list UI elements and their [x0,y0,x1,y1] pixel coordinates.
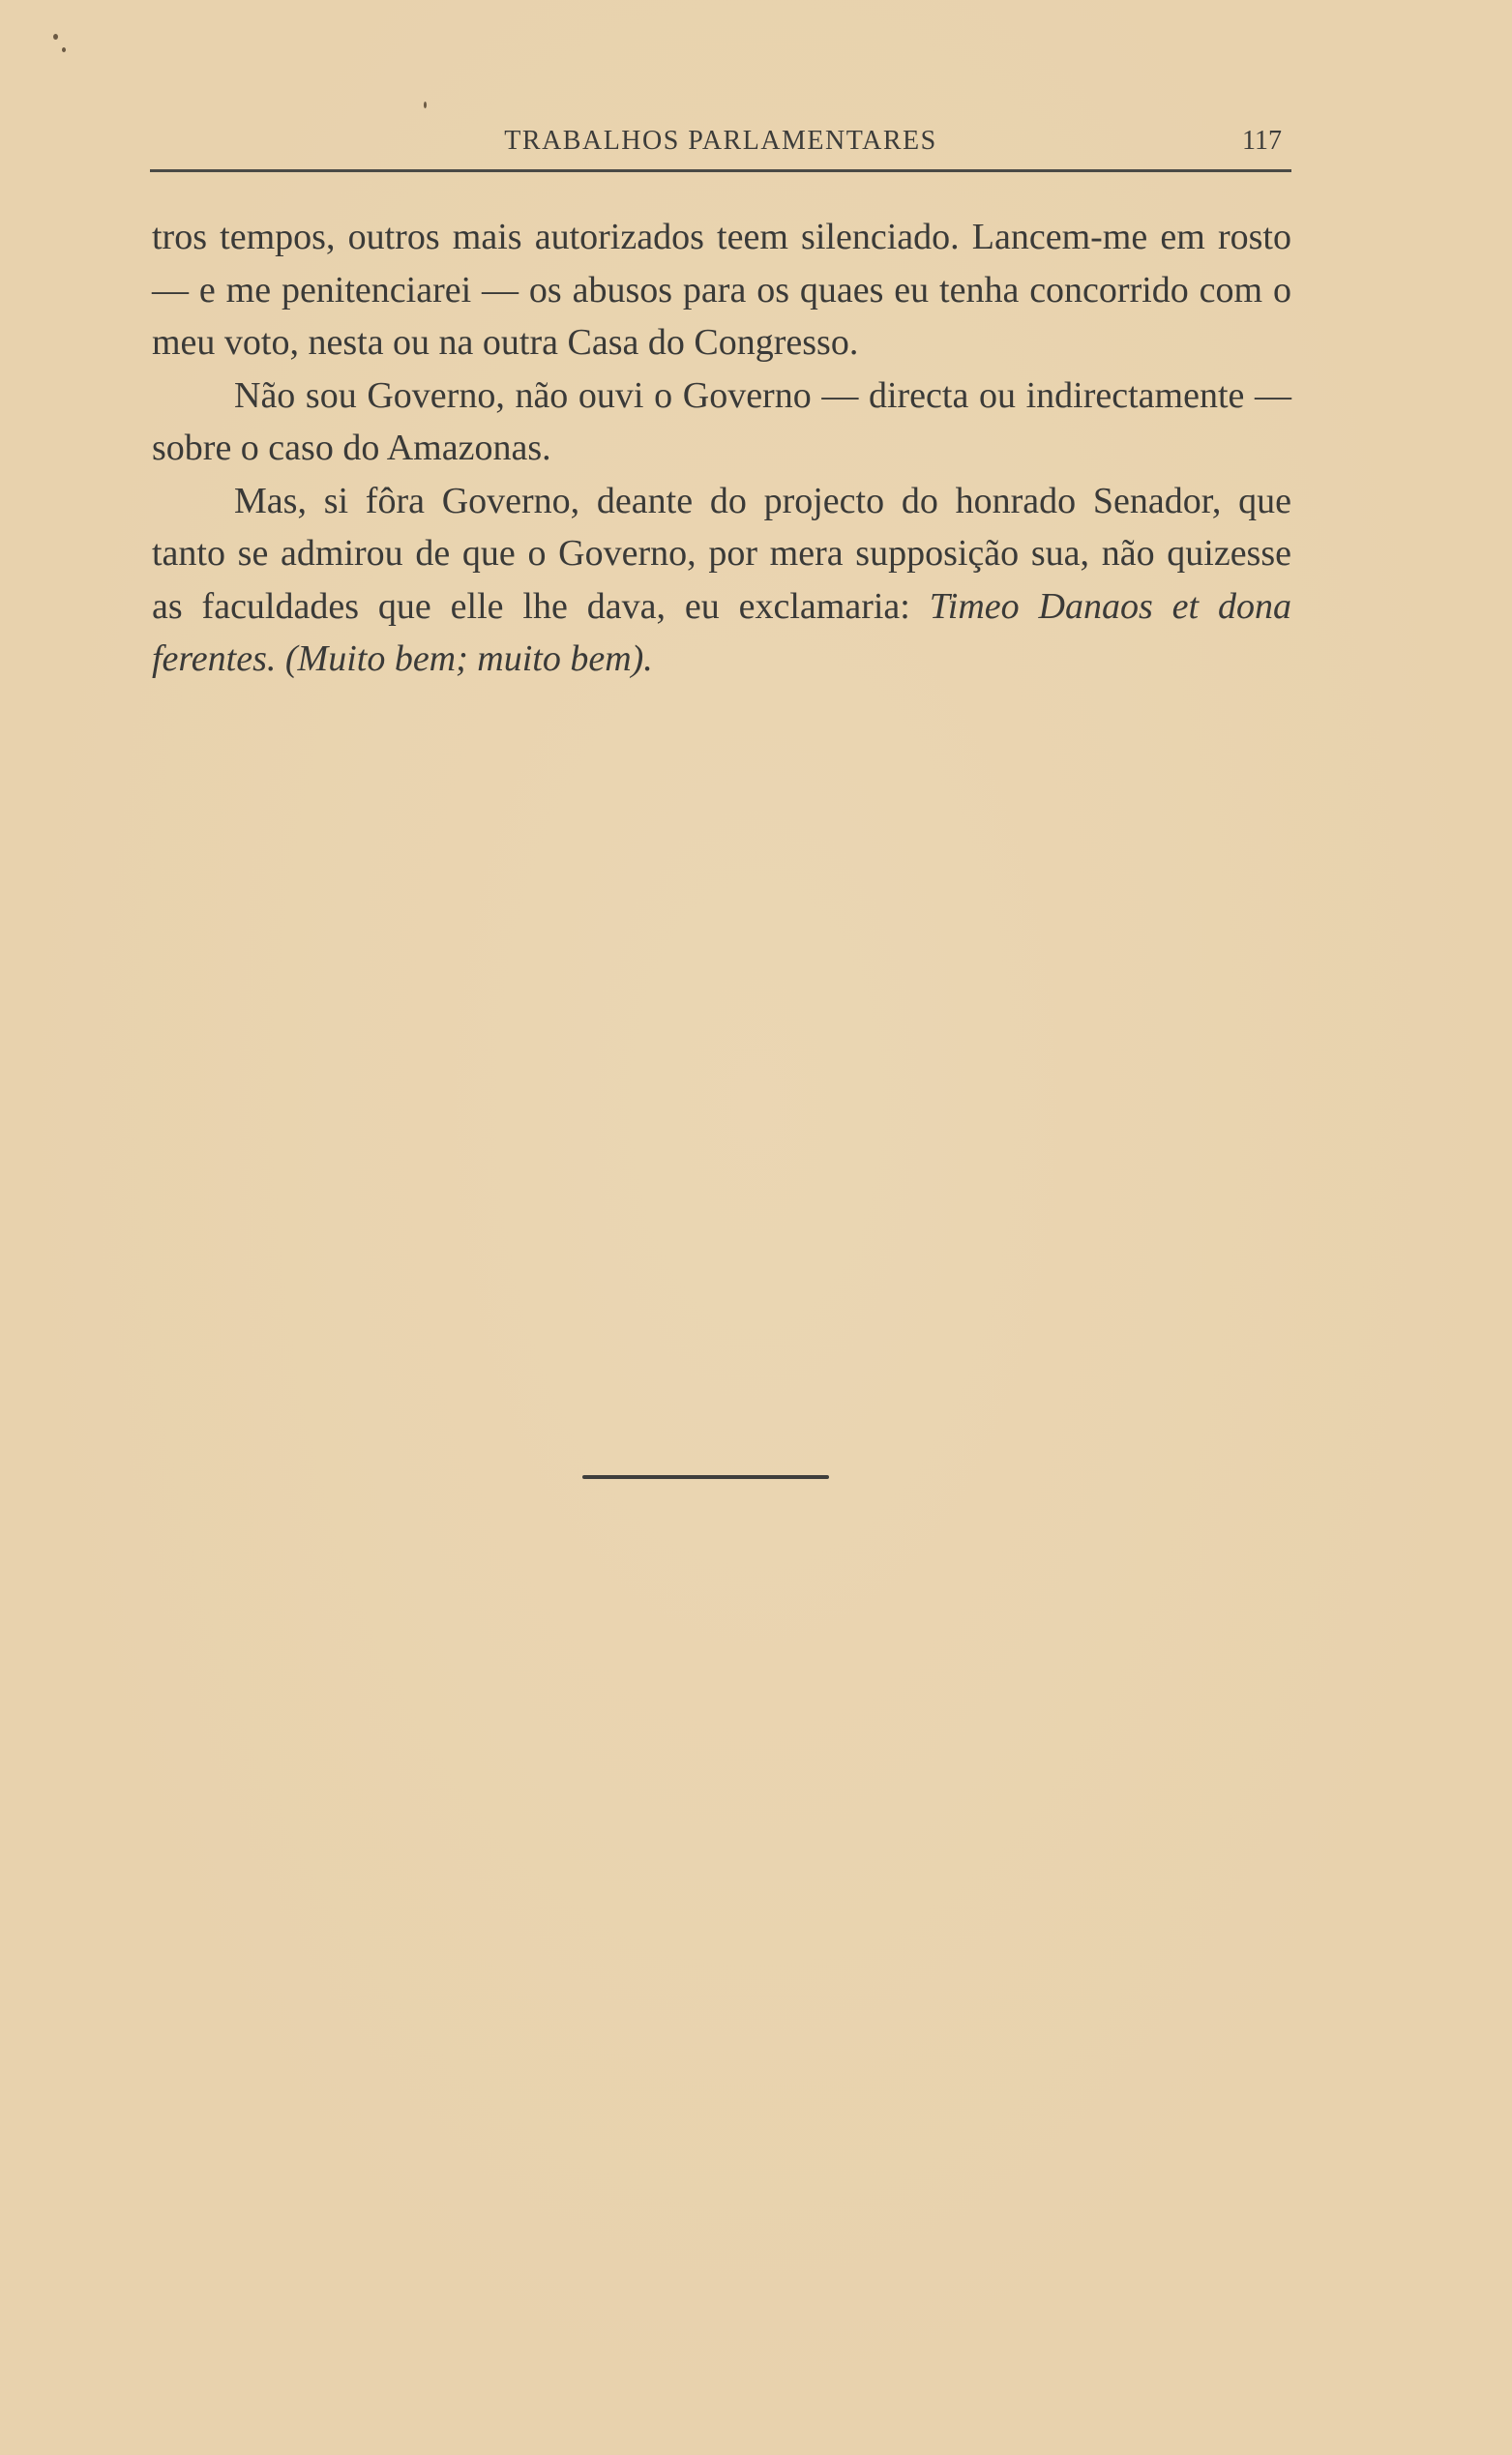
paper-speck [62,47,66,52]
running-head: TRABALHOS PARLAMENTARES 117 [150,118,1291,166]
paragraph-continuation: tros tempos, outros mais autorizados tee… [152,211,1291,370]
section-end-rule [582,1475,829,1479]
book-page: TRABALHOS PARLAMENTARES 117 tros tempos,… [0,0,1512,2455]
page-number: 117 [1242,126,1282,157]
running-head-title: TRABALHOS PARLAMENTARES [150,126,1291,157]
paper-speck [53,34,58,40]
paragraph-timeo-danaos: Mas, si fôra Governo, deante do projecto… [152,475,1291,686]
applause-note: (Muito bem; muito bem). [285,638,653,679]
body-text: tros tempos, outros mais autorizados tee… [152,211,1291,686]
paragraph-governo: Não sou Governo, não ouvi o Governo — di… [152,370,1291,475]
paper-speck [424,102,427,108]
header-rule [150,169,1291,172]
